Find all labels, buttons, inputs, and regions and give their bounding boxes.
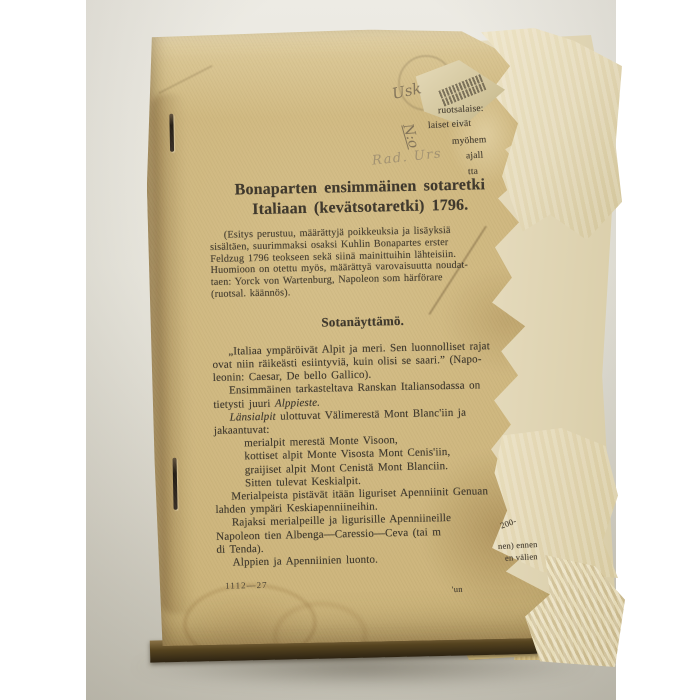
body-line: Merialpeista pistävät itään liguriset Ap… [215,485,517,505]
paper-crease [158,65,212,94]
booklet-title: Bonaparten ensimmäinen sotaretki Italiaa… [209,175,512,221]
section-heading: Sotanäyttämö. [212,310,514,332]
text-fragment: ajall [466,151,484,162]
title-line: Italiaan (kevätsotaretki) 1796. [209,195,511,221]
body-line: Länsialpit ulottuvat Välimerestä Mont Bl… [214,405,516,425]
body-line: lahden ympäri Keskiapenniineihin. [215,498,517,518]
text-fragment: tta [468,167,479,178]
body-line: merialpit merestä Monte Visoon, [214,432,516,452]
body-line: graijiset alpit Mont Cenistä Mont Blanci… [215,458,517,478]
intro-line: (Esitys perustuu, määrättyjä poikkeuksia… [210,224,512,242]
intro-line: (ruotsal. käännös). [211,283,513,301]
intro-line: Feldzug 1796 teokseen sekä siinä mainitt… [210,247,512,265]
body-line: jakaantuvat: [214,419,516,439]
body-text: „Italiaa ympäröivät Alpit ja meri. Sen l… [212,339,519,570]
body-line: Rajaksi merialpeille ja ligurisille Apen… [216,511,518,531]
body-line: leonin: Caesar, De bello Gallico). [213,366,515,386]
body-line-text: tietysti juuri [213,397,275,410]
title-line: Bonaparten ensimmäinen sotaretki [209,175,511,201]
inverted-print-lines [437,74,486,107]
staple-top [169,114,174,152]
body-line: di Tenda). [216,537,518,557]
body-line: „Italiaa ympäröivät Alpit ja meri. Sen l… [212,339,514,359]
intro-paragraph: (Esitys perustuu, määrättyjä poikkeuksia… [210,224,513,301]
body-line-italic: Länsialpit [230,410,276,423]
body-line: ovat niin räikeästi esiintyviä, kuin oli… [212,353,514,373]
text-fragment: myöhem [452,135,487,147]
body-line: Ensimmäinen tarkasteltava Ranskan Italia… [213,379,515,399]
body-line: Alppien ja Apenniinien luonto. [217,551,519,571]
staple-bottom [173,458,178,510]
text-fragment: 'un [452,584,463,595]
text-fragment: nen) ennen [498,539,538,551]
cover-text-column: Bonaparten ensimmäinen sotaretki Italiaa… [209,175,519,570]
text-fragment: en välien [505,551,538,563]
body-line: kottiset alpit Monte Visosta Mont Cenis'… [214,445,516,465]
body-line: Napoleon tien Albenga—Caressio—Ceva (tai… [216,524,518,544]
body-line-italic: Alppieste. [275,396,320,409]
paper-crease [428,226,487,315]
intro-line: Huomioon on otettu myös, määrättyä varov… [210,259,512,277]
intro-line: taen: Yorck von Wartenburg, Napoleon som… [211,271,513,289]
intro-line: sisältäen, suurimmaksi osaksi Kuhlin Bon… [210,235,512,253]
print-code: 1112—27 [225,580,268,591]
body-line: tietysti juuri Alppieste. [213,392,515,412]
body-line: Sitten tulevat Keskialpit. [215,471,517,491]
body-line-text: ulottuvat Välimerestä Mont Blanc'iin ja [276,406,467,422]
photo-of-booklet: Bonaparten ensimmäinen sotaretki Italiaa… [0,0,700,700]
